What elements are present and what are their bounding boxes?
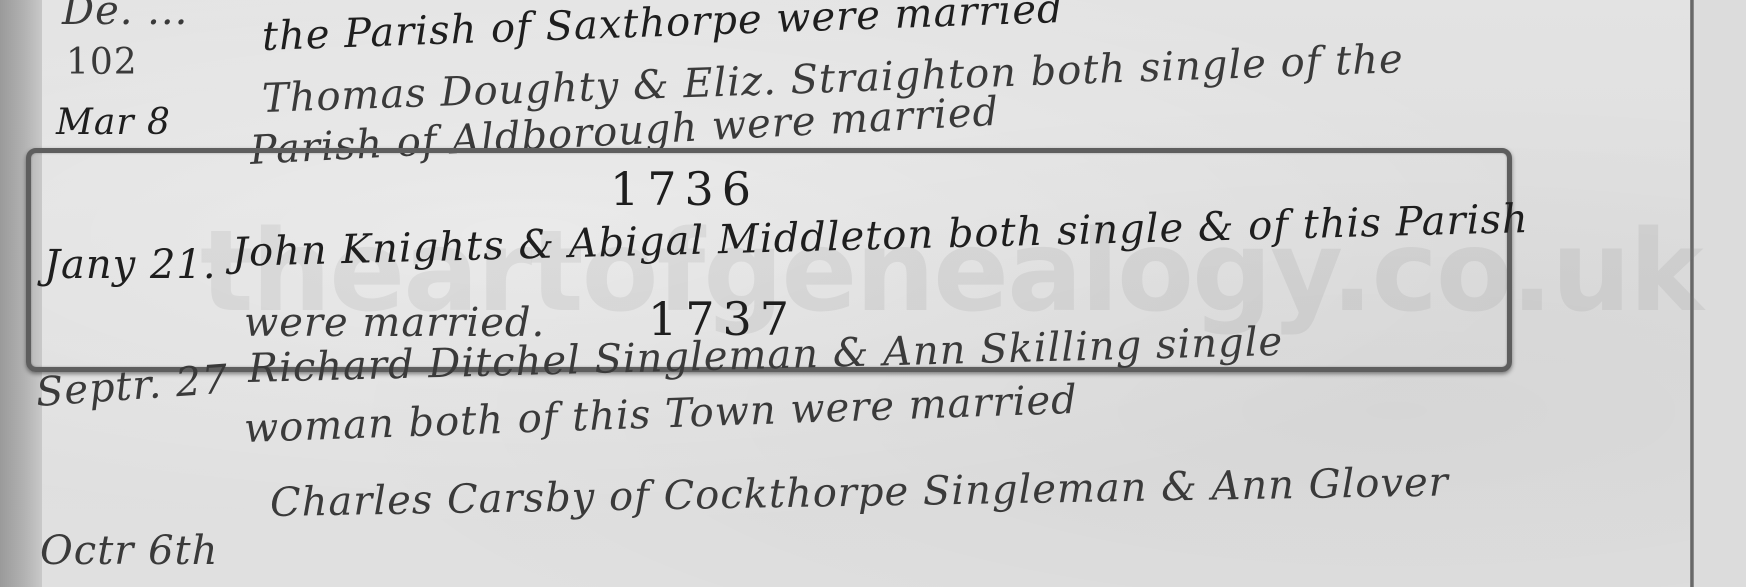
top-fragment: De. ... xyxy=(62,0,188,34)
entry4-line1: Charles Carsby of Cockthorpe Singleman &… xyxy=(270,459,1450,526)
entry1-date: Mar 8 xyxy=(56,100,171,146)
register-page: theartofgenealogy.co.uk De. ... the Pari… xyxy=(0,0,1746,587)
top-line: the Parish of Saxthorpe were married xyxy=(261,0,1064,60)
year-1736: 1736 xyxy=(610,166,759,212)
entry-number: 102 xyxy=(66,40,138,86)
entry4-date: Octr 6th xyxy=(40,528,218,574)
entry2-date: Jany 21. xyxy=(44,242,217,288)
